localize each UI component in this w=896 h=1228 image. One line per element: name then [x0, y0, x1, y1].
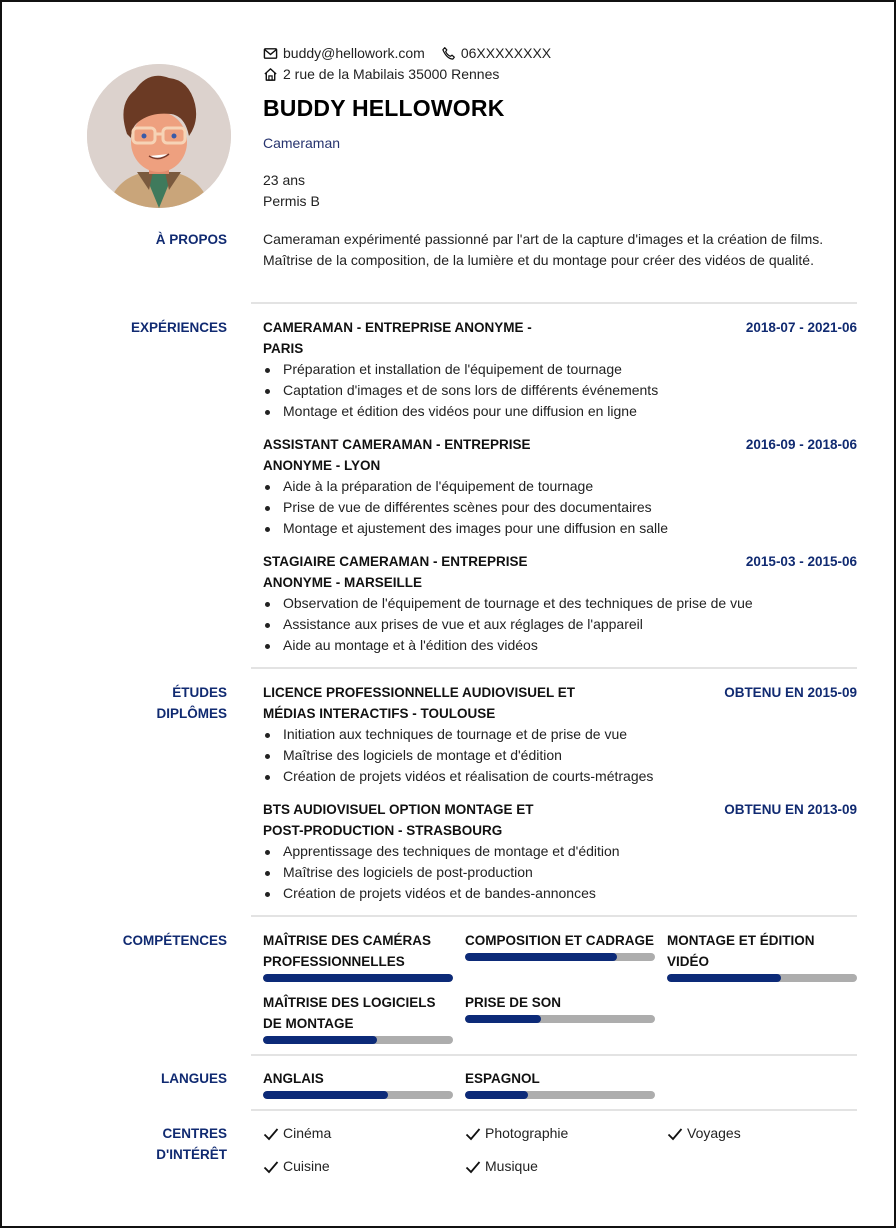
candidate-name: BUDDY HELLOWORK	[263, 95, 505, 122]
language-level-bar	[465, 1091, 655, 1099]
list-item: Aide à la préparation de l'équipement de…	[263, 476, 857, 497]
driving-license: Permis B	[263, 193, 320, 209]
interest-item: Cinéma	[263, 1123, 331, 1144]
home-icon	[263, 67, 278, 82]
skill-item: PRISE DE SON	[465, 992, 655, 1023]
list-item: Observation de l'équipement de tournage …	[263, 593, 857, 614]
resume-page: buddy@hellowork.com 06XXXXXXXX 2 rue de …	[0, 0, 896, 1228]
divider	[251, 915, 857, 917]
envelope-icon	[263, 46, 278, 61]
about-text: Cameraman expérimenté passionné par l'ar…	[263, 229, 857, 271]
interest-label: Cuisine	[283, 1156, 330, 1177]
list-item: Création de projets vidéos et de bandes-…	[263, 883, 857, 904]
job-title: Cameraman	[263, 135, 340, 151]
skill-name: COMPOSITION ET CADRAGE	[465, 930, 655, 951]
skill-name: MAÎTRISE DES LOGICIELS DE MONTAGE	[263, 992, 453, 1034]
list-item: Assistance aux prises de vue et aux régl…	[263, 614, 857, 635]
language-name: ESPAGNOL	[465, 1068, 655, 1089]
section-label-line: ÉTUDES	[156, 682, 227, 703]
interest-item: Musique	[465, 1156, 538, 1177]
skill-level-bar	[667, 974, 857, 982]
section-label-interests: CENTRES D'INTÉRÊT	[156, 1123, 227, 1165]
education-bullets: Initiation aux techniques de tournage et…	[263, 724, 857, 787]
language-item: ESPAGNOL	[465, 1068, 655, 1099]
language-item: ANGLAIS	[263, 1068, 453, 1099]
list-item: Prise de vue de différentes scènes pour …	[263, 497, 857, 518]
list-item: Création de projets vidéos et réalisatio…	[263, 766, 857, 787]
experience-title: CAMERAMAN - ENTREPRISE ANONYME - PARIS	[263, 317, 563, 359]
interest-label: Musique	[485, 1156, 538, 1177]
section-label-line: D'INTÉRÊT	[156, 1144, 227, 1165]
list-item: Apprentissage des techniques de montage …	[263, 841, 857, 862]
section-label-skills: COMPÉTENCES	[123, 930, 227, 951]
checkmark-icon	[667, 1127, 683, 1141]
avatar	[87, 64, 231, 208]
experience-entry: ASSISTANT CAMERAMAN - ENTREPRISE ANONYME…	[263, 434, 857, 539]
section-label-line: DIPLÔMES	[156, 703, 227, 724]
experience-dates: 2016-09 - 2018-06	[746, 434, 857, 455]
interest-item: Photographie	[465, 1123, 568, 1144]
skill-item: MAÎTRISE DES CAMÉRAS PROFESSIONNELLES	[263, 930, 453, 982]
list-item: Captation d'images et de sons lors de di…	[263, 380, 857, 401]
experience-dates: 2015-03 - 2015-06	[746, 551, 857, 572]
education-title: LICENCE PROFESSIONNELLE AUDIOVISUEL ET M…	[263, 682, 583, 724]
experience-bullets: Aide à la préparation de l'équipement de…	[263, 476, 857, 539]
experience-bullets: Préparation et installation de l'équipem…	[263, 359, 857, 422]
skill-level-bar	[263, 1036, 453, 1044]
skill-name: MONTAGE ET ÉDITION VIDÉO	[667, 930, 857, 972]
divider	[251, 667, 857, 669]
experience-entry: CAMERAMAN - ENTREPRISE ANONYME - PARIS 2…	[263, 317, 857, 422]
skill-name: MAÎTRISE DES CAMÉRAS PROFESSIONNELLES	[263, 930, 453, 972]
education-bullets: Apprentissage des techniques de montage …	[263, 841, 857, 904]
skill-item: MONTAGE ET ÉDITION VIDÉO	[667, 930, 857, 982]
experience-dates: 2018-07 - 2021-06	[746, 317, 857, 338]
checkmark-icon	[465, 1160, 481, 1174]
divider	[251, 1109, 857, 1111]
email-link[interactable]: buddy@hellowork.com	[283, 45, 425, 61]
section-label-experiences: EXPÉRIENCES	[131, 317, 227, 338]
list-item: Maîtrise des logiciels de montage et d'é…	[263, 745, 857, 766]
age: 23 ans	[263, 172, 305, 188]
interest-label: Photographie	[485, 1123, 568, 1144]
contact-row: buddy@hellowork.com 06XXXXXXXX	[263, 45, 551, 61]
list-item: Maîtrise des logiciels de post-productio…	[263, 862, 857, 883]
interest-item: Voyages	[667, 1123, 741, 1144]
list-item: Aide au montage et à l'édition des vidéo…	[263, 635, 857, 656]
divider	[251, 1054, 857, 1056]
education-title: BTS AUDIOVISUEL OPTION MONTAGE ET POST-P…	[263, 799, 563, 841]
experience-entry: STAGIAIRE CAMERAMAN - ENTREPRISE ANONYME…	[263, 551, 857, 656]
skill-level-bar	[465, 953, 655, 961]
checkmark-icon	[465, 1127, 481, 1141]
avatar-illustration	[87, 64, 231, 208]
skill-name: PRISE DE SON	[465, 992, 655, 1013]
interest-item: Cuisine	[263, 1156, 330, 1177]
section-label-education: ÉTUDES DIPLÔMES	[156, 682, 227, 724]
education-date: OBTENU EN 2013-09	[724, 799, 857, 820]
list-item: Montage et ajustement des images pour un…	[263, 518, 857, 539]
list-item: Initiation aux techniques de tournage et…	[263, 724, 857, 745]
experience-bullets: Observation de l'équipement de tournage …	[263, 593, 857, 656]
section-label-about: À PROPOS	[156, 229, 227, 250]
address: 2 rue de la Mabilais 35000 Rennes	[283, 66, 499, 82]
skill-item: MAÎTRISE DES LOGICIELS DE MONTAGE	[263, 992, 453, 1044]
interest-label: Cinéma	[283, 1123, 331, 1144]
phone-icon	[441, 46, 456, 61]
list-item: Préparation et installation de l'équipem…	[263, 359, 857, 380]
language-level-bar	[263, 1091, 453, 1099]
interest-label: Voyages	[687, 1123, 741, 1144]
address-row: 2 rue de la Mabilais 35000 Rennes	[263, 66, 499, 82]
experience-title: STAGIAIRE CAMERAMAN - ENTREPRISE ANONYME…	[263, 551, 563, 593]
education-entry: LICENCE PROFESSIONNELLE AUDIOVISUEL ET M…	[263, 682, 857, 787]
education-date: OBTENU EN 2015-09	[724, 682, 857, 703]
phone-number[interactable]: 06XXXXXXXX	[461, 45, 551, 61]
section-label-languages: LANGUES	[161, 1068, 227, 1089]
language-name: ANGLAIS	[263, 1068, 453, 1089]
checkmark-icon	[263, 1127, 279, 1141]
skill-level-bar	[465, 1015, 655, 1023]
skill-item: COMPOSITION ET CADRAGE	[465, 930, 655, 961]
section-label-line: CENTRES	[156, 1123, 227, 1144]
checkmark-icon	[263, 1160, 279, 1174]
skill-level-bar	[263, 974, 453, 982]
divider	[251, 302, 857, 304]
education-entry: BTS AUDIOVISUEL OPTION MONTAGE ET POST-P…	[263, 799, 857, 904]
experience-title: ASSISTANT CAMERAMAN - ENTREPRISE ANONYME…	[263, 434, 563, 476]
list-item: Montage et édition des vidéos pour une d…	[263, 401, 857, 422]
